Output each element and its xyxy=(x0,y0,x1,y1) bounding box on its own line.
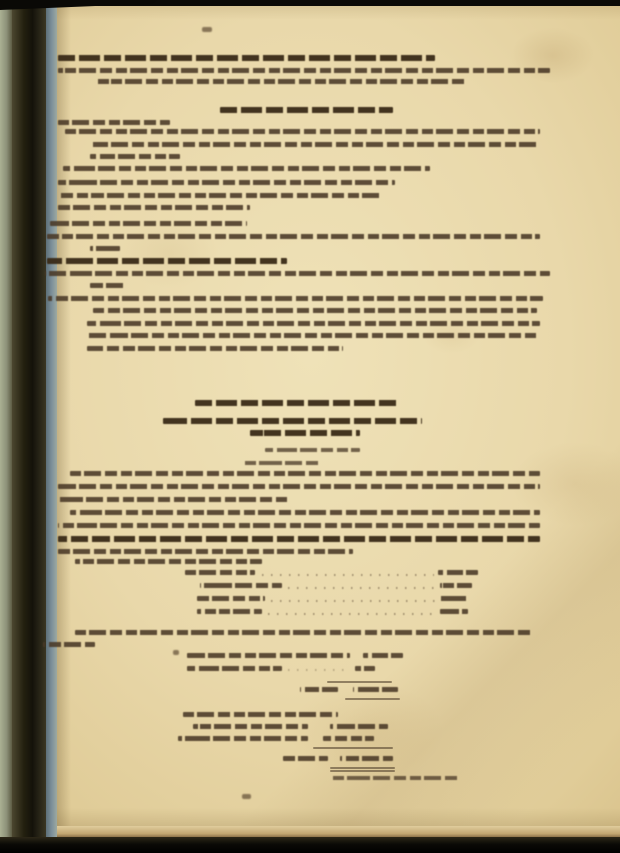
calculation-block-2-rule xyxy=(330,770,395,772)
body-paragraphs-bar xyxy=(58,549,353,554)
dot-leader-list-bar xyxy=(197,596,265,601)
numbered-list-bar xyxy=(63,166,430,171)
numbered-list-bar xyxy=(90,142,537,147)
paragraph-continuation-bar xyxy=(75,630,533,635)
numbered-list-bar xyxy=(87,333,537,338)
calculation-block-1-bar xyxy=(300,687,338,692)
calculation-block-2-bar xyxy=(193,724,308,729)
body-paragraphs-bar xyxy=(58,484,540,489)
calculation-block-2-bar xyxy=(283,756,328,761)
list-intro-line-bar xyxy=(58,120,170,125)
page-bottom-edge xyxy=(57,826,620,837)
dot-leader-list-dots xyxy=(262,574,434,576)
page-header-paragraph-bar xyxy=(58,55,435,61)
numbered-list-bar xyxy=(47,258,287,264)
page-header-paragraph-bar xyxy=(58,68,550,73)
chapter-headings-bar xyxy=(195,400,398,406)
calculation-block-2-bar xyxy=(340,756,393,761)
page-text-layer xyxy=(0,0,620,853)
numbered-list-bar xyxy=(65,129,540,134)
numbered-list-bar xyxy=(48,296,543,301)
calculation-block-1-bar xyxy=(187,653,350,658)
calculation-block-1-bar xyxy=(187,666,282,671)
body-paragraphs-bar xyxy=(58,523,540,528)
page-number-bottom-mark xyxy=(242,794,251,799)
numbered-list-bar xyxy=(58,180,395,185)
calculation-block-2-bar xyxy=(178,736,308,741)
scanned-book-photo xyxy=(0,0,620,853)
dot-leader-list-dots xyxy=(268,613,436,615)
body-paragraphs-bar xyxy=(58,536,540,542)
page-header-paragraph-bar xyxy=(97,79,467,84)
body-paragraphs-bar xyxy=(70,471,540,476)
body-paragraphs-bar xyxy=(70,510,540,515)
dot-leader-list-bar xyxy=(440,583,472,588)
calculation-block-1-rule xyxy=(345,698,400,700)
chapter-headings-bar xyxy=(250,430,360,436)
dot-leader-list-bar xyxy=(197,609,262,614)
calculation-block-1-rule xyxy=(327,681,392,683)
calculation-block-1-bar xyxy=(363,653,403,658)
paragraph-continuation-bar xyxy=(43,642,95,647)
calculation-block-2-bar xyxy=(183,712,338,717)
chapter-headings-bar xyxy=(265,448,360,452)
chapter-headings-bar xyxy=(243,461,320,465)
calculation-block-2-bar xyxy=(330,776,458,780)
calculation-block-1-bar xyxy=(353,687,398,692)
dot-leader-list-bar xyxy=(440,609,468,614)
numbered-list-bar xyxy=(47,234,540,239)
dot-leader-list-bar xyxy=(185,570,255,575)
numbered-list-bar xyxy=(50,221,247,226)
calculation-block-2-rule xyxy=(313,747,393,749)
numbered-list-bar xyxy=(90,283,127,288)
numbered-list-bar xyxy=(58,193,380,198)
numbered-list-bar xyxy=(93,308,537,313)
dot-leader-list-bar xyxy=(200,583,282,588)
dot-leader-list-bar xyxy=(438,570,478,575)
calculation-block-2-bar xyxy=(323,736,374,741)
body-paragraphs-bar xyxy=(75,559,262,564)
chapter-headings-bar xyxy=(163,418,422,424)
body-paragraphs-bar xyxy=(58,497,288,502)
calculation-block-1-bar xyxy=(355,666,375,671)
calculation-block-1-mark xyxy=(173,650,179,655)
dot-leader-list-dots xyxy=(271,600,436,602)
calculation-block-2-rule xyxy=(330,767,395,769)
numbered-list-bar xyxy=(58,205,250,210)
section-subheading-bar xyxy=(220,107,393,113)
numbered-list-bar xyxy=(87,346,343,351)
numbered-list-bar xyxy=(90,154,180,159)
calculation-block-1-dots xyxy=(288,669,348,671)
page-number-top-mark xyxy=(202,27,212,32)
numbered-list-bar xyxy=(90,246,120,251)
scanner-shadow-bottom xyxy=(0,837,620,853)
dot-leader-list-dots xyxy=(288,587,436,589)
calculation-block-2-bar xyxy=(330,724,388,729)
numbered-list-bar xyxy=(45,271,550,276)
dot-leader-list-bar xyxy=(440,596,468,601)
numbered-list-bar xyxy=(87,321,540,326)
